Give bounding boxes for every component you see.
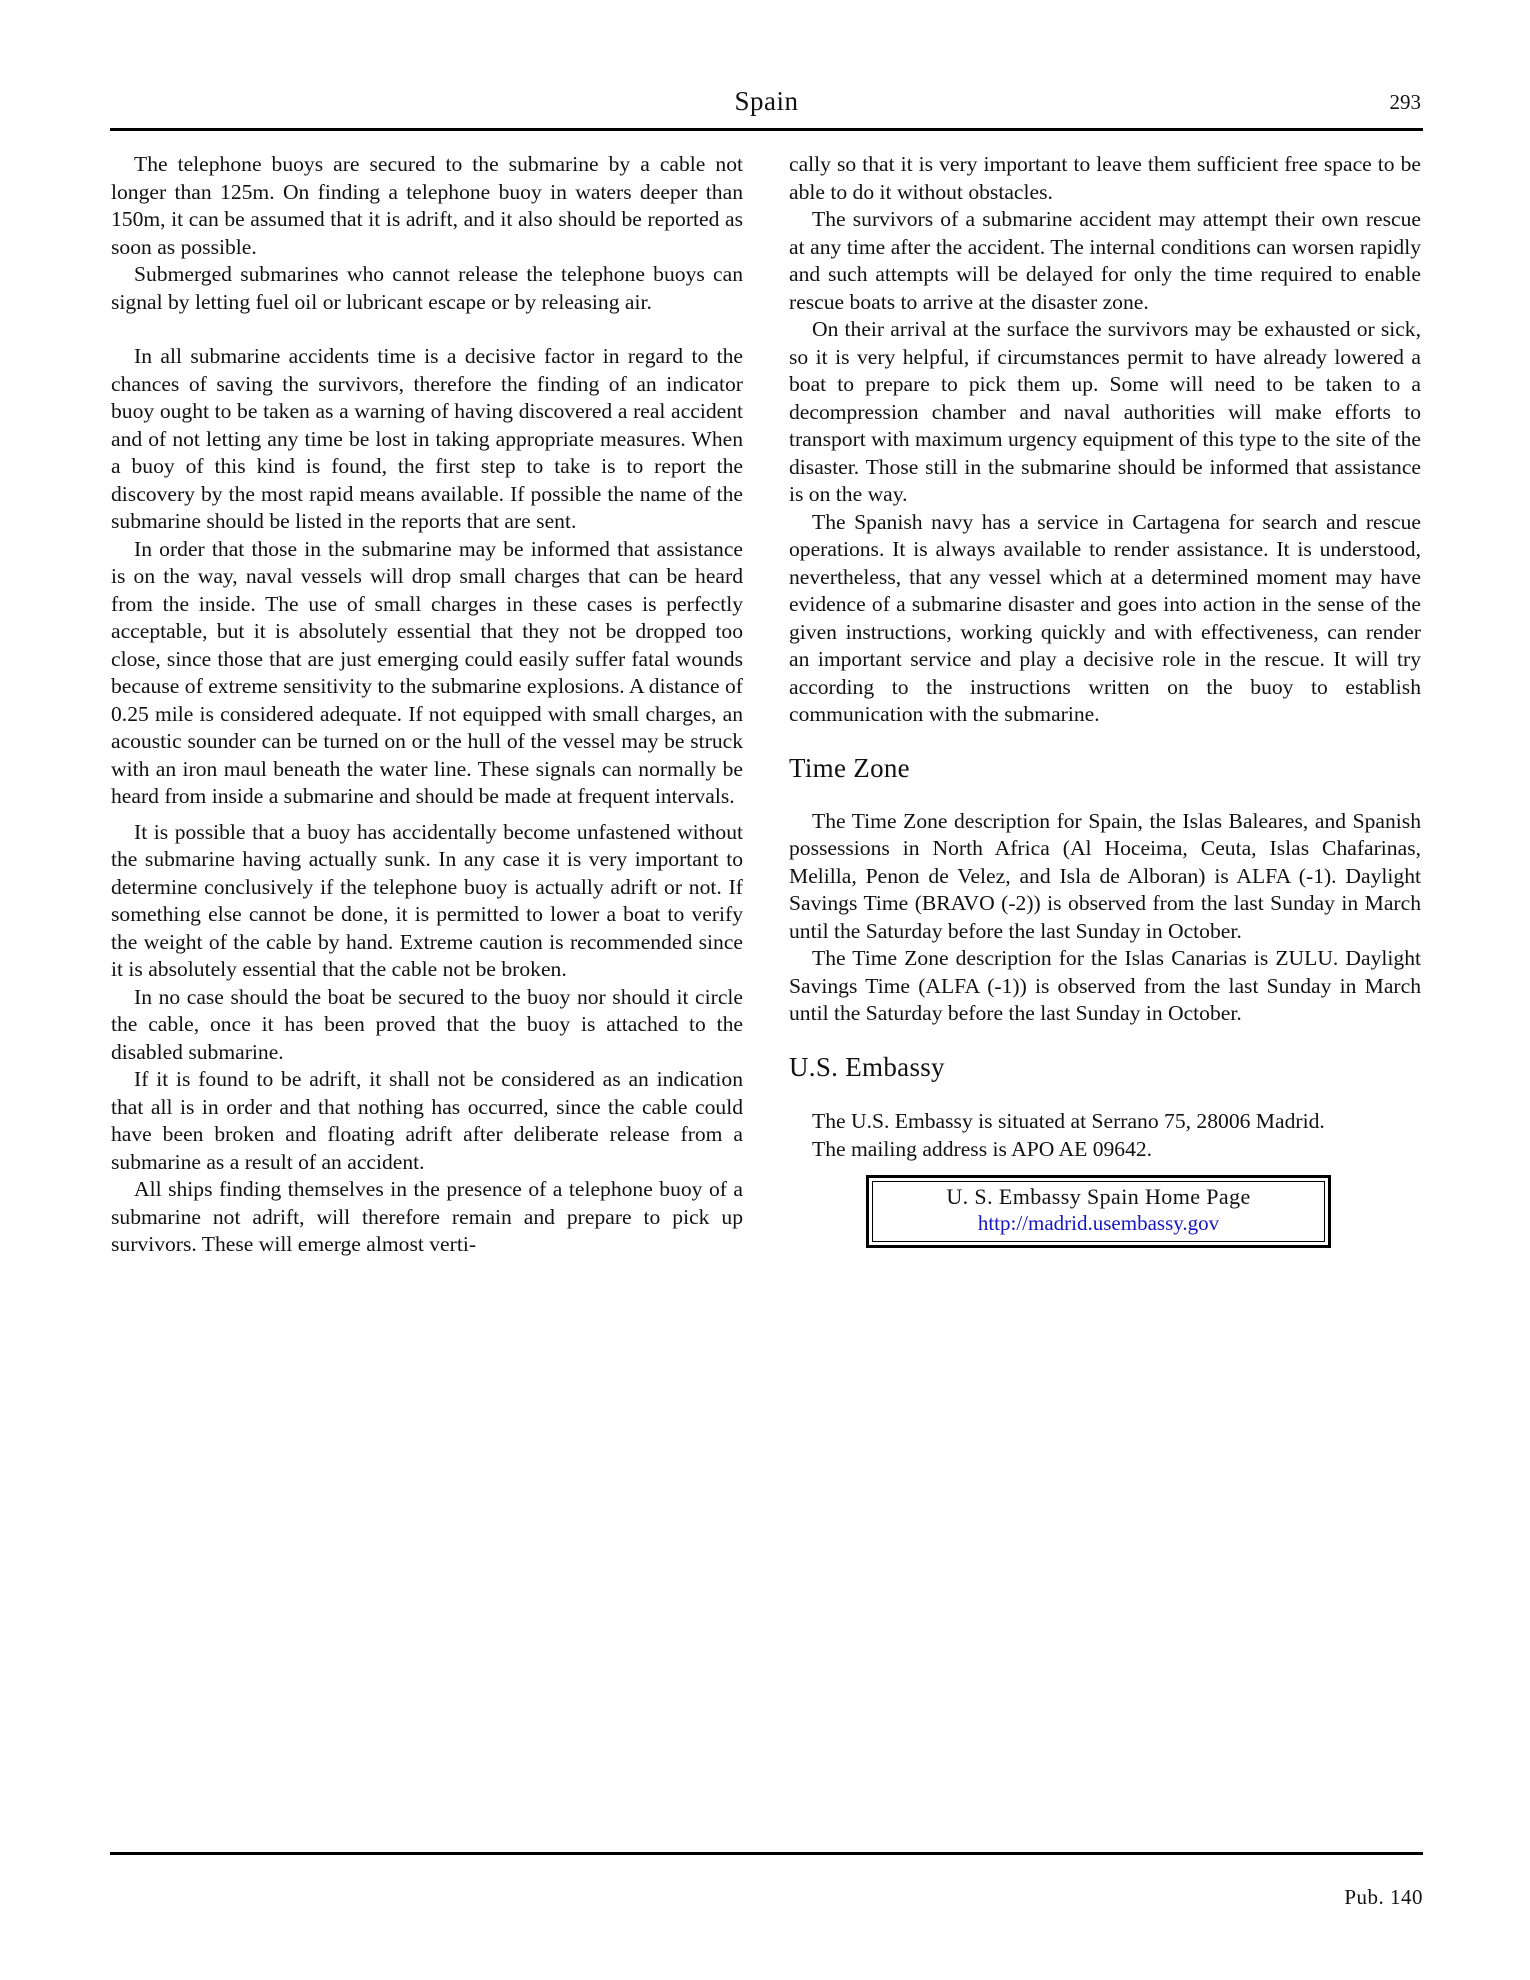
page-number: 293 [1390,90,1422,115]
paragraph-arrival-surface: On their arrival at the surface the surv… [789,316,1421,509]
paragraph-continuation: cally so that it is very important to le… [789,151,1421,206]
paragraph-time-zone-canarias: The Time Zone description for the Islas … [789,945,1421,1028]
page-header: Spain 293 [110,86,1423,130]
paragraph-adrift: If it is found to be adrift, it shall no… [111,1066,743,1176]
paragraph-time-zone-spain: The Time Zone description for Spain, the… [789,808,1421,946]
right-column: cally so that it is very important to le… [789,151,1421,1248]
paragraph-buoy-unfastened: It is possible that a buoy has accidenta… [111,819,743,984]
paragraph-ships-remain: All ships finding themselves in the pres… [111,1176,743,1259]
embassy-address: The U.S. Embassy is situated at Serrano … [789,1107,1421,1163]
running-header-title: Spain [110,86,1423,117]
embassy-homepage-link[interactable]: http://madrid.usembassy.gov [873,1210,1324,1236]
paragraph-small-charges: In order that those in the submarine may… [111,536,743,811]
paragraph-boat-not-secured: In no case should the boat be secured to… [111,984,743,1067]
paragraph-spanish-navy: The Spanish navy has a service in Cartag… [789,509,1421,729]
paragraph-telephone-buoys: The telephone buoys are secured to the s… [111,151,743,261]
footer-rule [110,1852,1423,1855]
embassy-heading: U.S. Embassy [789,1051,1421,1083]
embassy-street-address: The U.S. Embassy is situated at Serrano … [812,1107,1421,1135]
embassy-mailing-address: The mailing address is APO AE 09642. [812,1135,1421,1163]
header-rule [110,128,1423,131]
paragraph-survivors-rescue: The survivors of a submarine accident ma… [789,206,1421,316]
publication-label: Pub. 140 [1344,1885,1423,1910]
time-zone-heading: Time Zone [789,752,1421,784]
embassy-link-title: U. S. Embassy Spain Home Page [873,1184,1324,1210]
paragraph-time-decisive: In all submarine accidents time is a dec… [111,343,743,536]
embassy-link-box-inner: U. S. Embassy Spain Home Page http://mad… [872,1181,1325,1242]
embassy-link-box: U. S. Embassy Spain Home Page http://mad… [866,1175,1331,1248]
left-column: The telephone buoys are secured to the s… [111,151,743,1259]
paragraph-submerged-signals: Submerged submarines who cannot release … [111,261,743,316]
